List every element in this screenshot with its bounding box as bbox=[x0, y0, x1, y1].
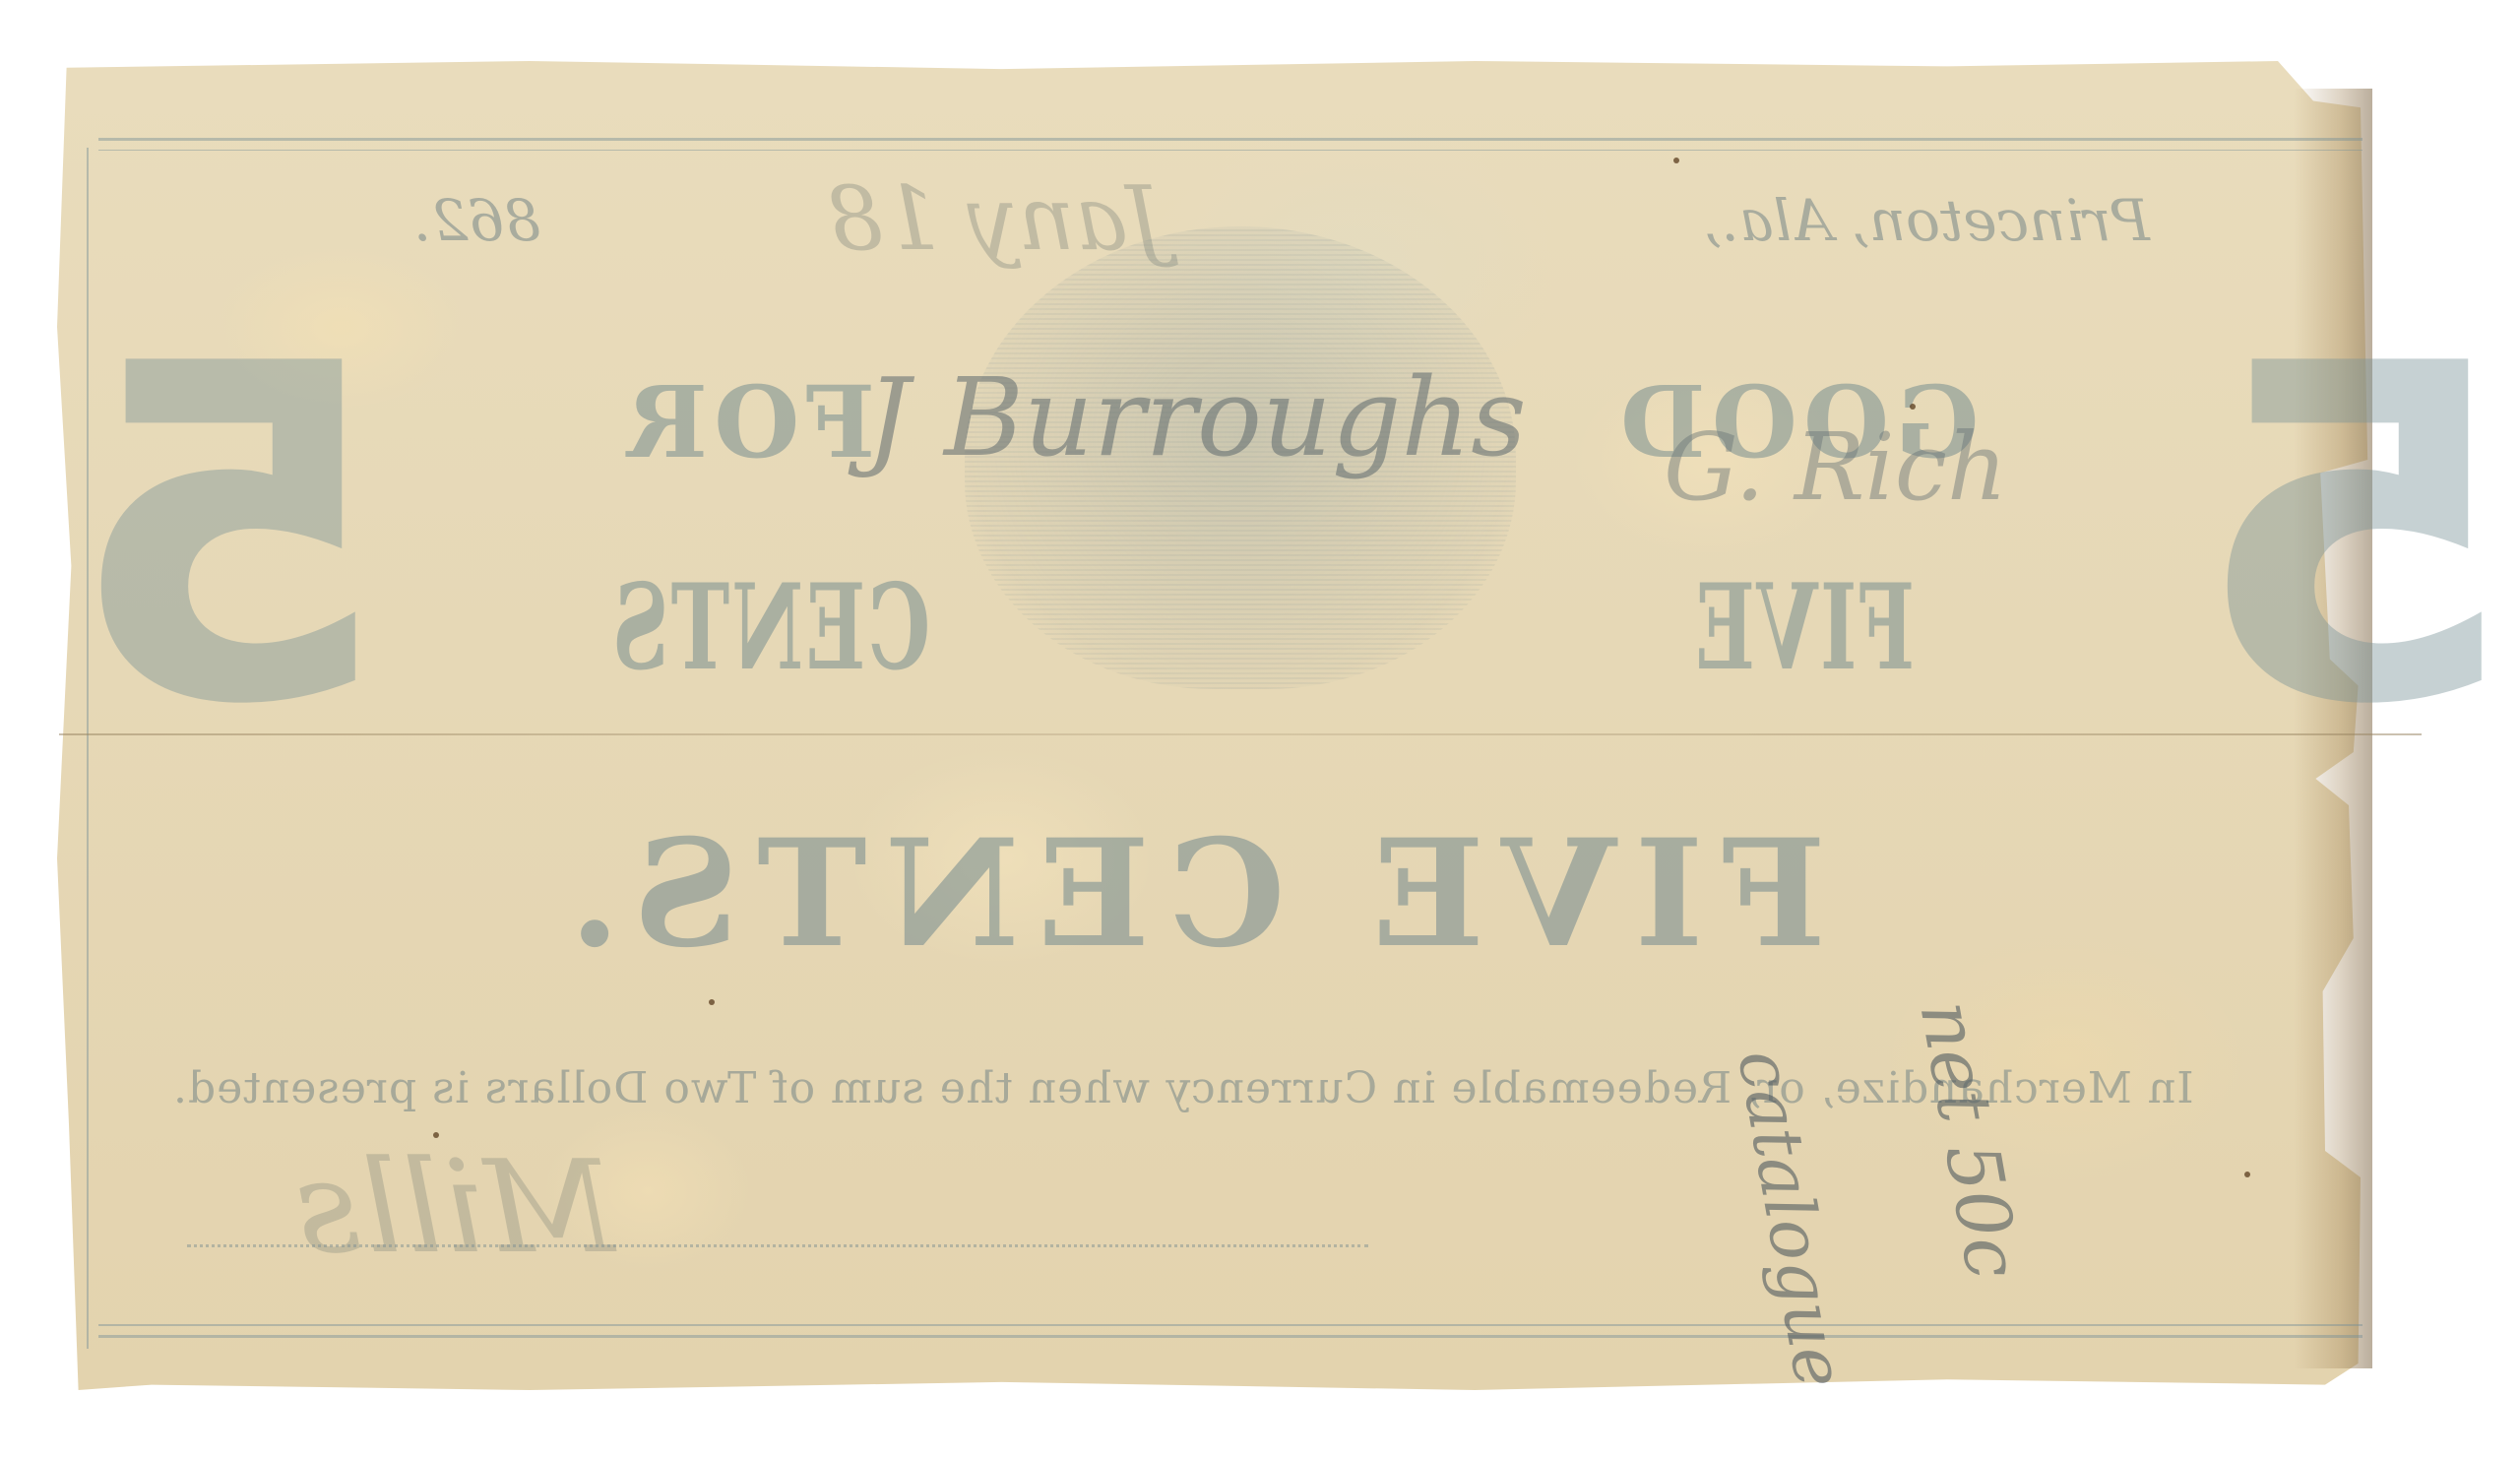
small-cents: CENTS bbox=[610, 558, 930, 697]
small-cents-text: CENTS bbox=[610, 558, 930, 697]
signature-center-text: J Burroughs bbox=[866, 354, 1527, 480]
small-five-text: FIVE bbox=[1693, 558, 1915, 697]
ink-speck bbox=[433, 1132, 439, 1138]
top-frame-line-inner bbox=[98, 150, 2362, 151]
bottom-frame-line bbox=[98, 1324, 2362, 1326]
signature-right: G. Rich bbox=[1664, 413, 2007, 522]
redemption-text: In Merchandize, or, Redeemable in Curren… bbox=[172, 1063, 2194, 1113]
large-numeral-right: 5 bbox=[2195, 305, 2517, 768]
lower-signature-text: Mills bbox=[295, 1132, 615, 1282]
header-for: FOR bbox=[620, 364, 875, 480]
large-numeral-left: 5 bbox=[69, 305, 391, 768]
fold-crease bbox=[59, 733, 2422, 735]
ink-speck bbox=[1910, 404, 1916, 410]
bottom-frame-line-outer bbox=[98, 1335, 2362, 1338]
ink-speck bbox=[1673, 158, 1679, 163]
lower-signature: Mills bbox=[295, 1132, 615, 1282]
location-line: Princeton, Ala., bbox=[1703, 187, 2150, 254]
location-text: Princeton, Ala., bbox=[1703, 187, 2150, 254]
redemption-clause: In Merchandize, or, Redeemable in Curren… bbox=[172, 1063, 2194, 1113]
ink-speck bbox=[709, 999, 715, 1005]
top-frame-line bbox=[98, 138, 2362, 141]
year-suffix: 862. bbox=[413, 187, 540, 254]
year-text: 862. bbox=[413, 187, 540, 254]
header-for-text: FOR bbox=[620, 364, 875, 480]
small-five: FIVE bbox=[1693, 558, 1915, 697]
main-denomination-text: FIVE CENTS. bbox=[551, 807, 1826, 981]
numeral-text: 5 bbox=[69, 305, 391, 768]
numeral-text: 5 bbox=[2195, 305, 2517, 768]
signature-center: J Burroughs bbox=[866, 354, 1527, 480]
ink-speck bbox=[2244, 1172, 2250, 1177]
main-denomination: FIVE CENTS. bbox=[551, 807, 1826, 981]
signature-right-text: G. Rich bbox=[1664, 413, 2007, 522]
signature-dotted-line bbox=[187, 1244, 1368, 1247]
